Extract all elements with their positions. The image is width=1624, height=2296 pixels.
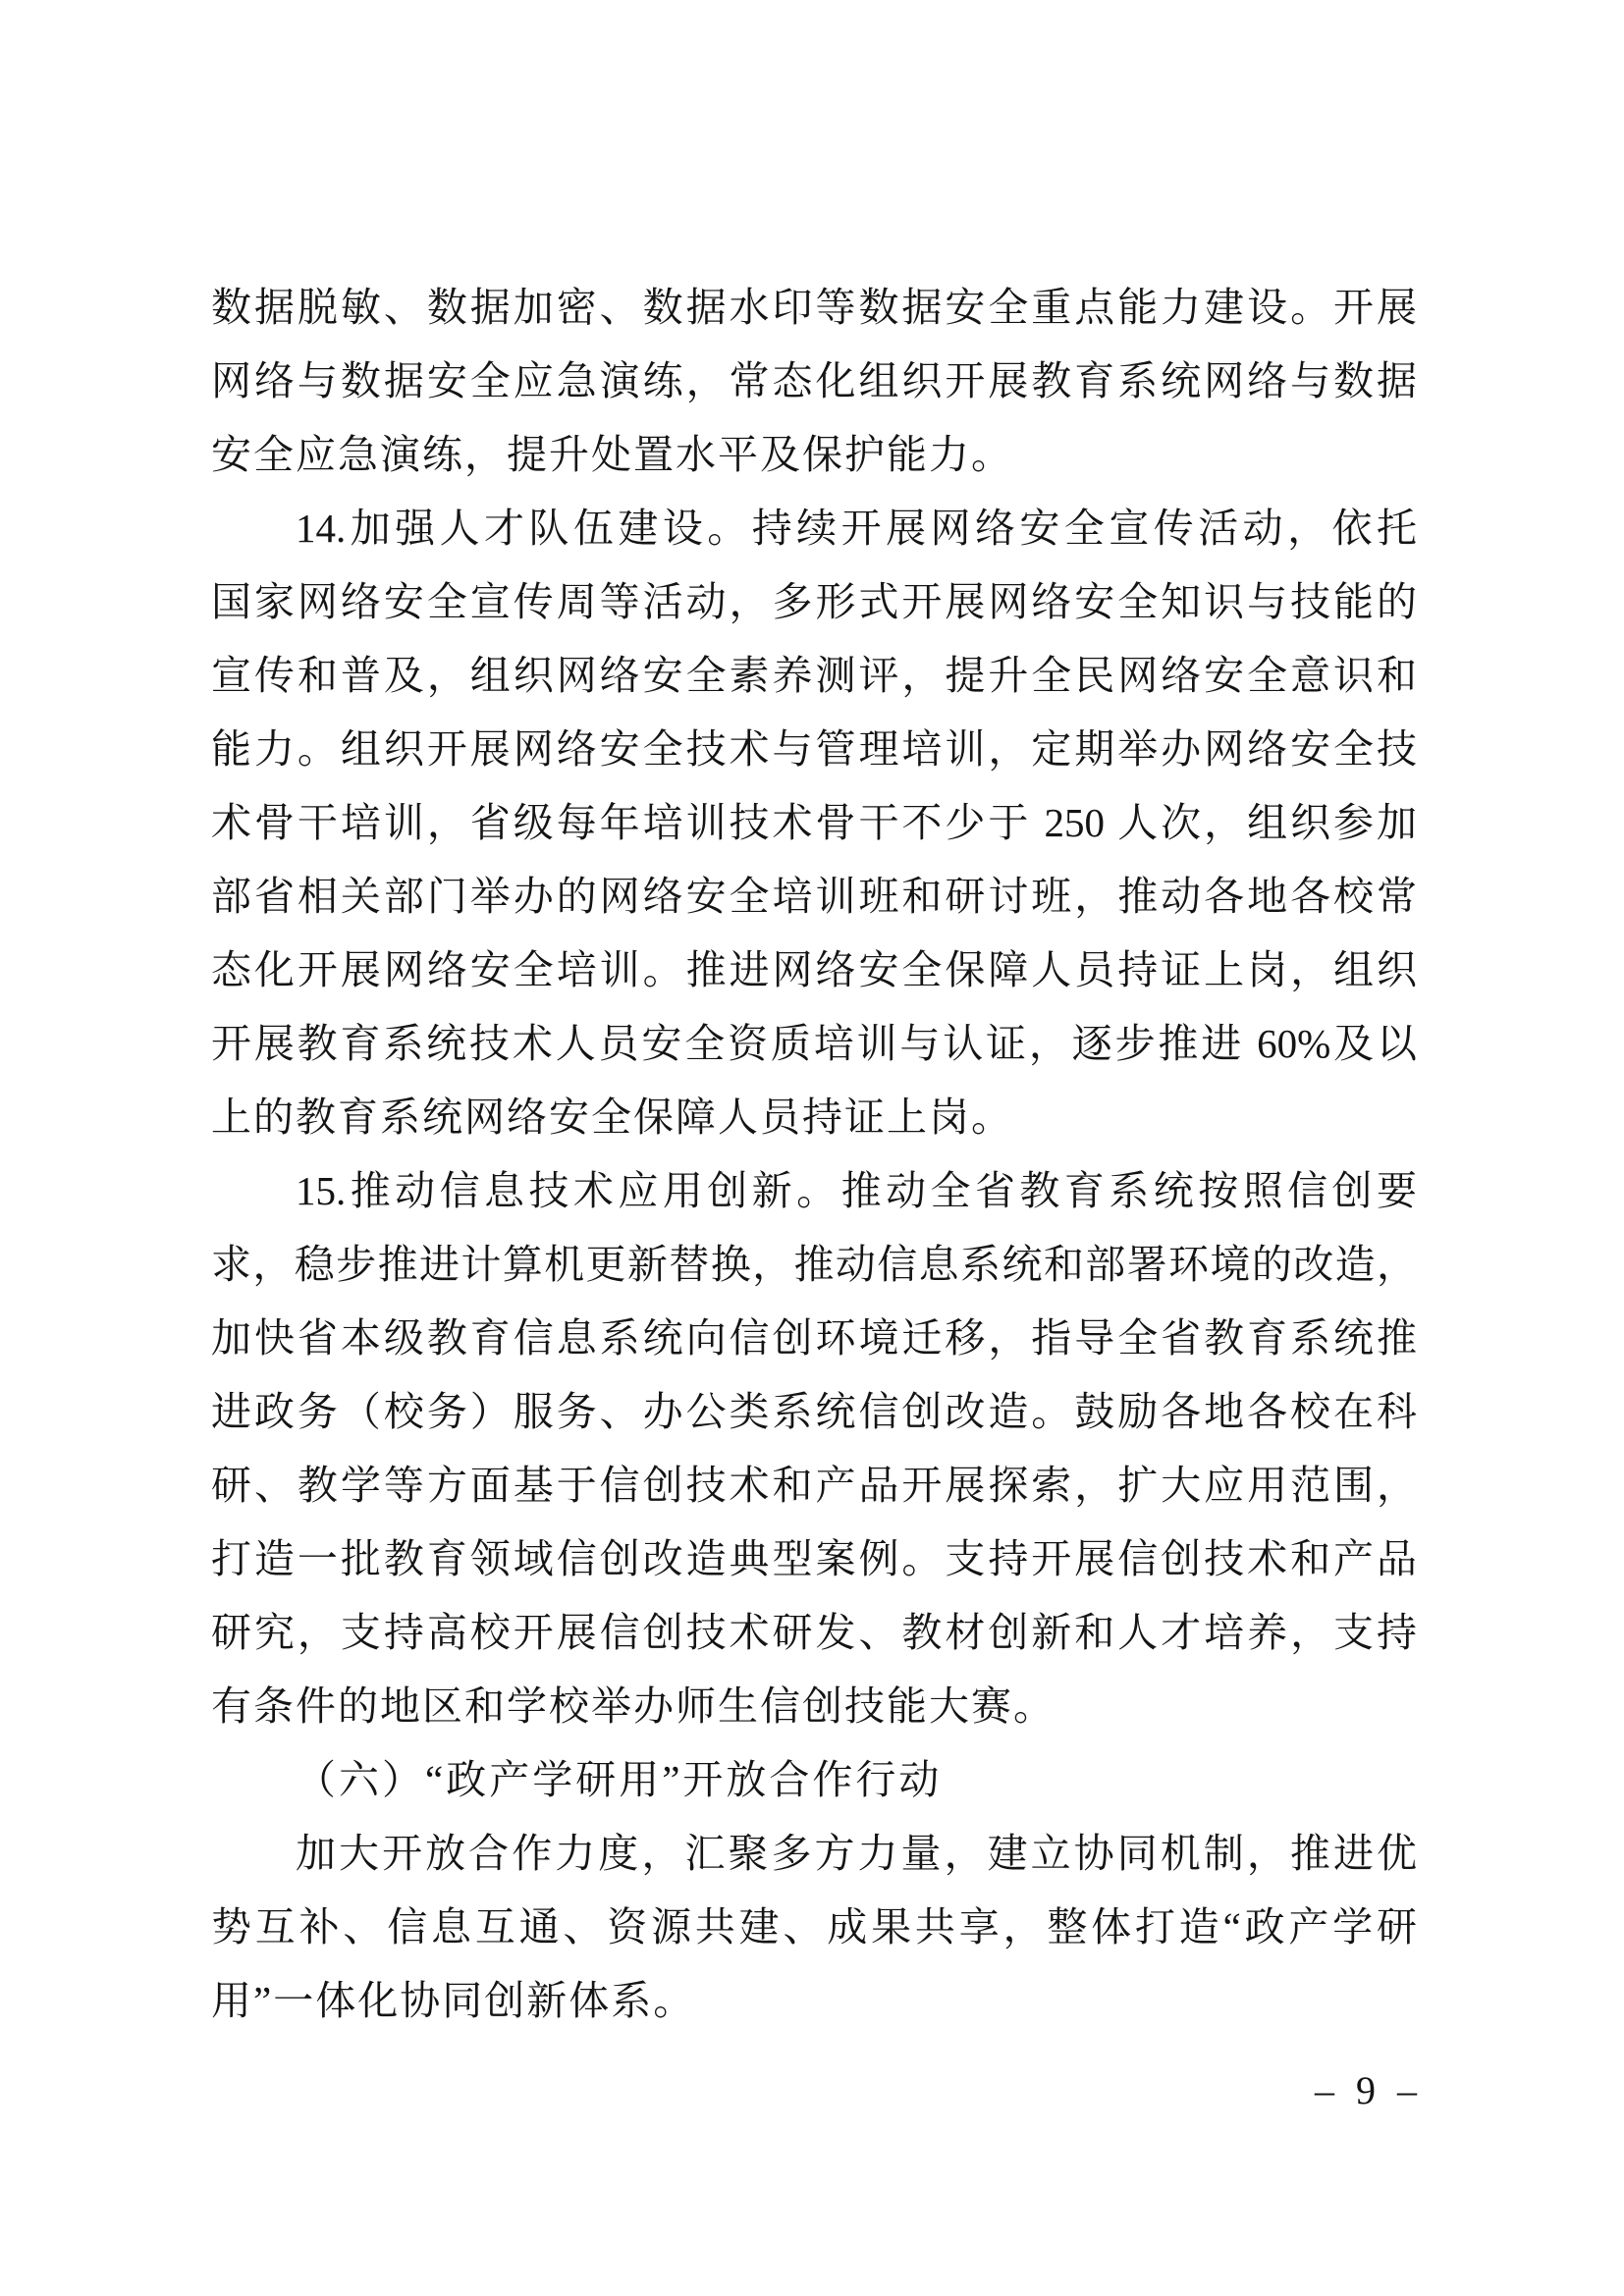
text-line: 研、教学等方面基于信创技术和产品开展探索，扩大应用范围， <box>211 1449 1417 1522</box>
text-line: 15.推动信息技术应用创新。推动全省教育系统按照信创要 <box>211 1154 1417 1228</box>
text-line: 进政务（校务）服务、办公类系统信创改造。鼓励各地各校在科 <box>211 1375 1417 1449</box>
text-line: 态化开展网络安全培训。推进网络安全保障人员持证上岗，组织 <box>211 934 1417 1007</box>
text-line: 研究，支持高校开展信创技术研发、教材创新和人才培养，支持 <box>211 1596 1417 1670</box>
text-line: 14.加强人才队伍建设。持续开展网络安全宣传活动，依托 <box>211 492 1417 565</box>
text-line: 打造一批教育领域信创改造典型案例。支持开展信创技术和产品 <box>211 1522 1417 1596</box>
text-line: 部省相关部门举办的网络安全培训班和研讨班，推动各地各校常 <box>211 860 1417 934</box>
text-line: 加快省本级教育信息系统向信创环境迁移，指导全省教育系统推 <box>211 1302 1417 1375</box>
text-line: 有条件的地区和学校举办师生信创技能大赛。 <box>211 1670 1417 1743</box>
page-number: – 9 – <box>1315 2061 1423 2120</box>
text-line: 安全应急演练，提升处置水平及保护能力。 <box>211 418 1417 492</box>
section-heading: （六）“政产学研用”开放合作行动 <box>211 1743 1417 1817</box>
text-line: 用”一体化协同创新体系。 <box>211 1964 1417 2038</box>
text-line: 势互补、信息互通、资源共建、成果共享，整体打造“政产学研 <box>211 1891 1417 1964</box>
document-page: 数据脱敏、数据加密、数据水印等数据安全重点能力建设。开展网络与数据安全应急演练，… <box>0 0 1624 2296</box>
text-line: 数据脱敏、数据加密、数据水印等数据安全重点能力建设。开展 <box>211 271 1417 345</box>
text-line: 加大开放合作力度，汇聚多方力量，建立协同机制，推进优 <box>211 1817 1417 1891</box>
document-body: 数据脱敏、数据加密、数据水印等数据安全重点能力建设。开展网络与数据安全应急演练，… <box>211 271 1417 2038</box>
text-line: 网络与数据安全应急演练，常态化组织开展教育系统网络与数据 <box>211 345 1417 418</box>
text-line: 上的教育系统网络安全保障人员持证上岗。 <box>211 1081 1417 1154</box>
text-line: 求，稳步推进计算机更新替换，推动信息系统和部署环境的改造， <box>211 1228 1417 1302</box>
text-line: 开展教育系统技术人员安全资质培训与认证，逐步推进 60%及以 <box>211 1007 1417 1081</box>
text-line: 国家网络安全宣传周等活动，多形式开展网络安全知识与技能的 <box>211 565 1417 639</box>
text-line: 术骨干培训，省级每年培训技术骨干不少于 250 人次，组织参加 <box>211 786 1417 860</box>
text-line: 宣传和普及，组织网络安全素养测评，提升全民网络安全意识和 <box>211 639 1417 713</box>
text-line: 能力。组织开展网络安全技术与管理培训，定期举办网络安全技 <box>211 713 1417 786</box>
